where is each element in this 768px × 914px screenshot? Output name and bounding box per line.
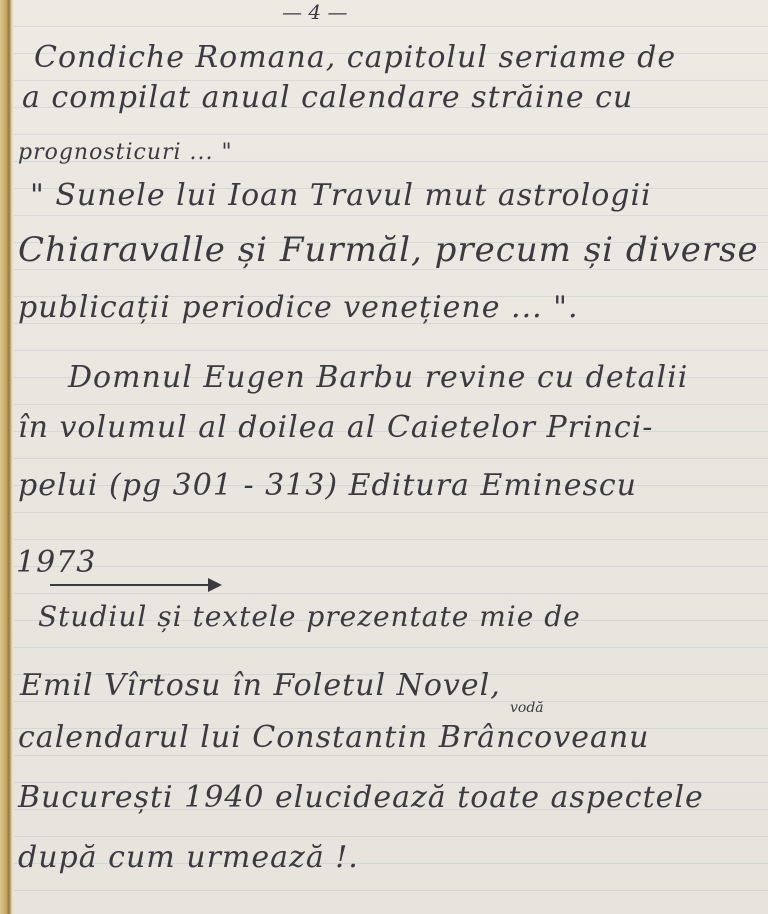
handwritten-line-5: Chiaravalle și Furmăl, precum și diverse	[18, 230, 759, 270]
handwritten-year: 1973	[16, 545, 96, 580]
arrow-icon	[50, 584, 210, 586]
handwritten-line-1: Condiche Romana, capitolul seriame de	[34, 40, 676, 75]
handwritten-line-13: calendarul lui Constantin Brâncoveanu	[18, 720, 649, 755]
handwritten-line-3: prognosticuri ... "	[18, 140, 233, 165]
handwritten-line-2: a compilat anual calendare străine cu	[22, 80, 633, 115]
interlinear-note: vodă	[510, 700, 544, 716]
handwritten-line-4: " Sunele lui Ioan Travul mut astrologii	[30, 178, 652, 213]
notebook-binding	[0, 0, 14, 914]
handwritten-line-14: București 1940 elucidează toate aspectel…	[18, 780, 704, 815]
page-number: — 4 —	[282, 0, 347, 24]
handwritten-line-12: Emil Vîrtosu în Foletul Novel,	[20, 668, 501, 703]
handwritten-line-15: după cum urmează !.	[18, 840, 359, 875]
notebook-page: — 4 — Condiche Romana, capitolul seriame…	[0, 0, 768, 914]
handwritten-line-9: pelui (pg 301 - 313) Editura Eminescu	[18, 468, 637, 503]
handwritten-line-8: în volumul al doilea al Caietelor Princi…	[18, 410, 653, 445]
handwritten-line-6: publicații periodice venețiene ... ".	[18, 290, 579, 325]
handwritten-line-11: Studiul și textele prezentate mie de	[38, 600, 581, 633]
handwritten-line-7: Domnul Eugen Barbu revine cu detalii	[68, 360, 688, 395]
